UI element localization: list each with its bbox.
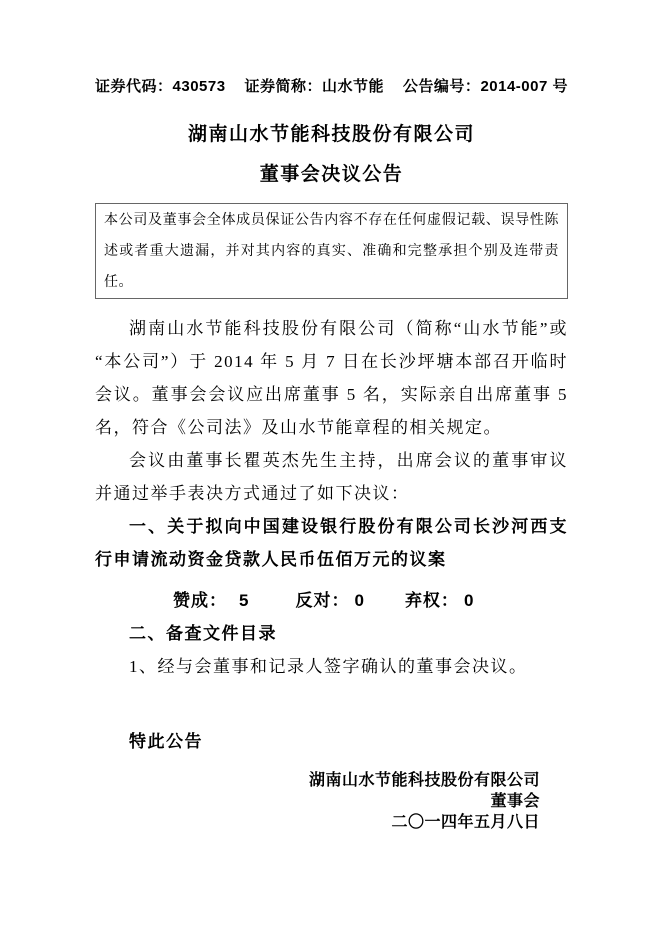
vote-against-label: 反对： xyxy=(295,584,349,617)
vote-abstain-group: 弃权：0 xyxy=(405,584,474,617)
disclaimer-box: 本公司及董事会全体成员保证公告内容不存在任何虚假记载、误导性陈述或者重大遗漏，并… xyxy=(95,203,568,299)
signature-board: 董事会 xyxy=(95,791,540,812)
announcement-page: 证券代码：430573 证券简称：山水节能 公告编号：2014-007 号 湖南… xyxy=(0,0,662,935)
meeting-intro-paragraph: 湖南山水节能科技股份有限公司（简称“山水节能”或“本公司”）于 2014 年 5… xyxy=(95,312,568,444)
document-title: 董事会决议公告 xyxy=(95,165,568,185)
stock-abbr-value: 山水节能 xyxy=(322,78,384,95)
resolution-2-title: 二、备查文件目录 xyxy=(95,617,568,650)
announcement-no-label: 公告编号： xyxy=(403,78,481,95)
resolution-1-title: 一、关于拟向中国建设银行股份有限公司长沙河西支行申请流动资金贷款人民币伍佰万元的… xyxy=(95,510,568,576)
securities-header: 证券代码：430573 证券简称：山水节能 公告编号：2014-007 号 xyxy=(95,75,568,96)
company-title: 湖南山水节能科技股份有限公司 xyxy=(95,125,568,145)
stock-code-label: 证券代码： xyxy=(95,78,173,95)
vote-abstain-count: 0 xyxy=(464,584,474,617)
stock-abbr-field: 证券简称：山水节能 xyxy=(244,75,384,96)
reference-document-item: 1、经与会董事和记录人签字确认的董事会决议。 xyxy=(95,650,568,683)
signature-company: 湖南山水节能科技股份有限公司 xyxy=(95,770,540,791)
signature-date: 二〇一四年五月八日 xyxy=(95,812,540,833)
meeting-host-paragraph: 会议由董事长瞿英杰先生主持，出席会议的董事审议并通过举手表决方式通过了如下决议： xyxy=(95,444,568,510)
vote-approve-count: 5 xyxy=(239,584,249,617)
signature-block: 湖南山水节能科技股份有限公司 董事会 二〇一四年五月八日 xyxy=(95,770,568,833)
vote-abstain-label: 弃权： xyxy=(405,584,459,617)
page-content: 证券代码：430573 证券简称：山水节能 公告编号：2014-007 号 湖南… xyxy=(0,0,662,833)
vote-results-row: 赞成：5 反对：0 弃权：0 xyxy=(95,584,568,617)
closing-statement: 特此公告 xyxy=(95,725,568,758)
announcement-no-value: 2014-007 号 xyxy=(480,78,568,95)
vote-approve-group: 赞成：5 xyxy=(173,584,249,617)
vote-against-group: 反对：0 xyxy=(295,584,364,617)
vote-approve-label: 赞成： xyxy=(173,584,227,617)
stock-abbr-label: 证券简称： xyxy=(244,78,322,95)
stock-code-field: 证券代码：430573 xyxy=(95,75,226,96)
vote-against-count: 0 xyxy=(354,584,364,617)
announcement-no-field: 公告编号：2014-007 号 xyxy=(403,75,568,96)
stock-code-value: 430573 xyxy=(173,78,226,95)
disclaimer-text: 本公司及董事会全体成员保证公告内容不存在任何虚假记载、误导性陈述或者重大遗漏，并… xyxy=(104,205,559,298)
